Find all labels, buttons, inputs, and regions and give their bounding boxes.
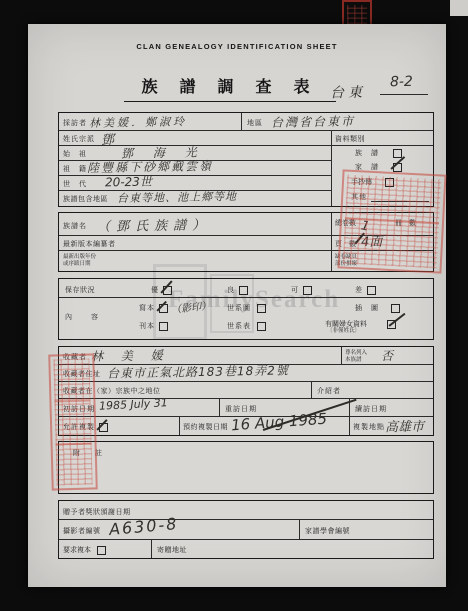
table-rule — [179, 416, 180, 435]
table-rule — [241, 113, 242, 130]
table-rule — [59, 539, 433, 540]
publication-date-line2: 或序跋日期 — [63, 261, 91, 267]
printed-item-checkbox — [159, 322, 168, 331]
clan-label: 姓氏宗派 — [63, 134, 95, 144]
photographer-number-value: A630-8 — [108, 514, 179, 539]
women-data-note: 〔非僅姓氏〕 — [327, 328, 360, 335]
photographer-number-label: 攝影者編號 — [63, 526, 101, 536]
table-rule — [299, 519, 300, 539]
copy-location-value: 高雄市 — [385, 416, 424, 436]
grade-good-checkbox — [239, 286, 248, 295]
remarks-box: 附 註 — [58, 441, 434, 494]
handwritten-region: 台東 — [330, 82, 366, 103]
handwritten-sheet-number: 8-2 — [390, 74, 413, 90]
clan-value: 鄧 — [101, 129, 114, 148]
surveyor-label: 採訪者 — [63, 118, 87, 128]
area-value: 台灣省台東市 — [271, 112, 355, 130]
copy-location-label: 複製地點 — [353, 422, 385, 432]
holder-name-value: 林 美 媛 — [91, 346, 170, 364]
ancestral-home-label: 祖 籍 — [63, 164, 87, 174]
preservation-label: 保存狀況 — [65, 285, 95, 295]
printed-item-label: 刊本 — [139, 321, 155, 331]
listed-label-line1: 尊名列入 — [345, 350, 367, 356]
grade-poor-label: 差 — [355, 285, 363, 295]
grade-excellent-label: 優 — [151, 285, 159, 295]
table-rule — [331, 213, 332, 271]
lineage-chart-label: 世系圖 — [227, 303, 251, 313]
first-ancestor-label: 始 祖 — [63, 149, 87, 159]
next-visit-label: 續訪日期 — [355, 404, 387, 414]
area-label: 地區 — [247, 118, 263, 128]
grade-poor-checkbox — [367, 286, 376, 295]
donor-certificate-date-label: 贈予者獎狀頒謝日期 — [63, 507, 131, 517]
grade-fair-checkbox — [303, 286, 312, 295]
regions-covered-label: 族譜包含地區 — [63, 194, 108, 204]
holder-visit-table: 收藏者 林 美 媛 尊名列入本族譜 否 收藏者住址 台東市正氣北路183巷18弄… — [58, 346, 434, 436]
table-rule — [349, 416, 350, 435]
genealogy-name-value: （鄧氏族譜） — [97, 214, 211, 235]
genealogy-name-label: 族譜名 — [63, 221, 87, 231]
send-address-label: 寄贈地址 — [157, 545, 187, 555]
lineage-chart-checkbox — [257, 304, 266, 313]
chinese-form-title: 族 譜 調 查 表 — [124, 74, 336, 102]
generations-label: 世 代 — [63, 179, 87, 189]
holder-address-value: 台東市正氣北路183巷18弄2號 — [107, 361, 289, 381]
administrative-table: 贈予者獎狀頒謝日期 攝影者編號 A630-8 家譜學會編號 要求複本 寄贈地址 — [58, 500, 434, 559]
table-rule — [59, 145, 433, 146]
copy-appointment-label: 預約複製日期 — [183, 422, 228, 432]
publication-date-line1: 最新出版年份 — [63, 254, 96, 260]
grade-fair-label: 可 — [291, 285, 299, 295]
copy-request-label: 要求複本 — [63, 545, 91, 555]
scan-edge-artifact — [450, 0, 468, 16]
category-clan-genealogy-label: 族 譜 — [355, 148, 379, 158]
listed-answer-value: 否 — [381, 347, 393, 364]
listed-label-line2: 本族譜 — [345, 357, 362, 363]
regions-covered-value: 台東等地、池上鄉等地 — [117, 188, 237, 206]
red-seal-stamp-left — [48, 353, 98, 490]
table-rule — [151, 539, 152, 558]
first-visit-date-value: 1985 July 31 — [99, 396, 168, 413]
photocopy-note: （影印） — [170, 297, 211, 316]
manuscript-item-label: 寫本 — [139, 303, 155, 313]
illustrations-label: 插 圖 — [355, 303, 379, 313]
revisit-label: 重訪日期 — [225, 404, 257, 414]
table-rule — [341, 347, 342, 364]
lineage-table-label: 世系表 — [227, 321, 251, 331]
red-seal-stamp-right — [337, 169, 446, 273]
preservation-content-table: 保存狀況 優 良 可 差 內 容 寫本 （影印） 世系圖 插 圖 刊本 世系表 … — [58, 278, 434, 340]
copy-request-checkbox — [97, 546, 106, 555]
introducer-label: 介紹者 — [317, 386, 341, 396]
clan-genealogy-checkbox — [393, 149, 402, 158]
genealogy-form-sheet: FamilySearch CLAN GENEALOGY IDENTIFICATI… — [28, 24, 446, 587]
grade-good-label: 良 — [227, 285, 235, 295]
material-type-label: 資料類別 — [335, 134, 365, 144]
table-rule — [331, 130, 332, 206]
generations-value: 20-23世 — [105, 173, 152, 191]
society-number-label: 家譜學會編號 — [305, 526, 350, 536]
illustrations-checkbox — [391, 304, 400, 313]
latest-compiler-label: 最新版本編纂者 — [63, 239, 116, 249]
publication-date-label: 最新出版年份或序跋日期 — [63, 254, 96, 268]
english-sheet-title: CLAN GENEALOGY IDENTIFICATION SHEET — [28, 42, 446, 51]
seal-pattern — [53, 359, 92, 486]
lineage-table-checkbox — [257, 322, 266, 331]
content-label: 內 容 — [65, 312, 104, 322]
table-rule — [59, 297, 433, 298]
sheet-number-underline — [380, 94, 428, 95]
listed-in-genealogy-label: 尊名列入本族譜 — [345, 350, 367, 364]
table-rule — [219, 398, 220, 416]
table-rule — [311, 381, 312, 398]
